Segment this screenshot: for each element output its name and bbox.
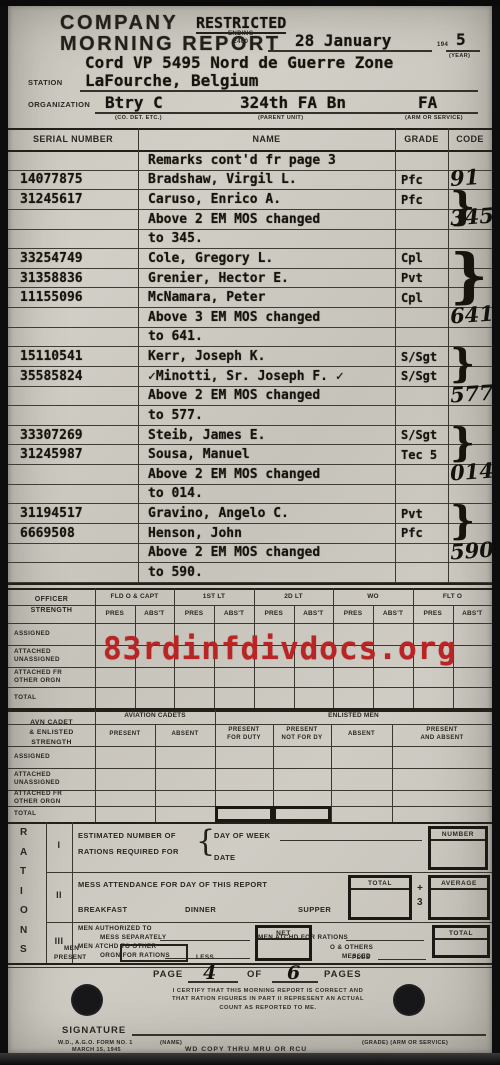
name-cell: Caruso, Enrico A. bbox=[138, 192, 395, 207]
scan-edge-bottom bbox=[0, 1053, 500, 1065]
name-cell: Sousa, Manuel bbox=[138, 447, 395, 462]
name-cell: Remarks cont'd fr page 3 bbox=[138, 153, 395, 168]
code-brace-handwritten: } bbox=[450, 424, 475, 463]
date-label: DATE bbox=[214, 853, 235, 862]
name-cell: Bradshaw, Virgil L. bbox=[138, 172, 395, 187]
divide-plus-sign: + bbox=[417, 883, 423, 894]
code-cell: 641 bbox=[448, 308, 492, 327]
serial-cell: 35585824 bbox=[8, 369, 138, 384]
pages-label: PAGES bbox=[324, 969, 362, 980]
officer-row-label: TOTAL bbox=[14, 694, 92, 702]
name-cell: Henson, John bbox=[138, 526, 395, 541]
org-sub-label-3: (ARM OR SERVICE) bbox=[405, 115, 463, 121]
men-present-box bbox=[120, 944, 188, 962]
year-prefix: 194 bbox=[437, 42, 448, 48]
copy-routing-line: WD COPY THRU MRU OR RCU bbox=[185, 1046, 307, 1053]
name-cell: Above 2 EM MOS changed bbox=[138, 467, 395, 482]
serial-cell: 31245617 bbox=[8, 192, 138, 207]
grid-line bbox=[8, 623, 492, 624]
name-cell: to 014. bbox=[138, 486, 395, 501]
enlisted-men-header: ENLISTED MEN bbox=[215, 712, 492, 719]
name-cell: to 641. bbox=[138, 329, 395, 344]
station-label: STATION bbox=[28, 78, 63, 87]
cadet-row-label: ASSIGNED bbox=[14, 753, 92, 761]
officer-subcol-header: PRES bbox=[174, 610, 214, 617]
col-header-code: CODE bbox=[448, 134, 492, 144]
grade-cell: S/Sgt bbox=[395, 428, 448, 442]
serial-cell: 14077875 bbox=[8, 172, 138, 187]
total-present-for-duty-box bbox=[215, 806, 273, 822]
grid-line bbox=[8, 768, 492, 769]
roster-row: 31245987Sousa, ManuelTec 5 bbox=[8, 445, 492, 465]
total-box-iii: TOTAL bbox=[432, 925, 490, 958]
grade-cell: Pvt bbox=[395, 507, 448, 521]
grade-cell: Tec 5 bbox=[395, 448, 448, 462]
year-caption: (YEAR) bbox=[449, 53, 470, 59]
roster-row: Above 2 EM MOS changed345 bbox=[8, 210, 492, 230]
cadet-row-label: ATTACHED FR OTHER ORGN bbox=[14, 790, 92, 806]
serial-cell: 11155096 bbox=[8, 290, 138, 305]
name-cell: to 345. bbox=[138, 231, 395, 246]
rations-letter: T bbox=[20, 866, 27, 877]
cadet-subcol-header: ABSENT bbox=[155, 731, 215, 739]
aviation-cadets-header: AVIATION CADETS bbox=[95, 712, 215, 719]
name-cell: ✓Minotti, Sr. Joseph F. ✓ bbox=[138, 369, 395, 384]
col-header-serial: SERIAL NUMBER bbox=[8, 134, 138, 144]
officer-row-label: ATTACHED UNASSIGNED bbox=[14, 648, 92, 664]
code-brace-handwritten: } bbox=[450, 345, 475, 384]
officer-subcol-header: ABS'T bbox=[373, 610, 413, 617]
mess-separately-label: MESS SEPARATELY bbox=[100, 934, 166, 941]
officer-row-label: ASSIGNED bbox=[14, 630, 92, 638]
name-caption: (NAME) bbox=[160, 1040, 182, 1046]
name-cell: Above 2 EM MOS changed bbox=[138, 545, 395, 560]
code-cell: 014 bbox=[448, 465, 492, 484]
roster-row: 6669508Henson, JohnPfc bbox=[8, 524, 492, 544]
roster-row: to 014. bbox=[8, 485, 492, 505]
serial-cell: 33254749 bbox=[8, 251, 138, 266]
number-box: NUMBER bbox=[428, 826, 488, 870]
roster-row: 11155096McNamara, PeterCpl bbox=[8, 288, 492, 308]
name-cell: Above 2 EM MOS changed bbox=[138, 388, 395, 403]
code-brace-handwritten: } bbox=[450, 502, 475, 541]
certification-text: I CERTIFY THAT THIS MORNING REPORT IS CO… bbox=[138, 987, 398, 1012]
divide-three: 3 bbox=[417, 897, 423, 908]
roster-row: Above 2 EM MOS changed014 bbox=[8, 465, 492, 485]
present-label: PRESENT bbox=[54, 954, 87, 961]
net-box: NET bbox=[255, 925, 312, 961]
org-arm-value: FA bbox=[418, 93, 437, 112]
roster-body: Remarks cont'd fr page 314077875Bradshaw… bbox=[8, 151, 492, 583]
breakfast-label: BREAKFAST bbox=[78, 905, 127, 914]
rations-numeral: II bbox=[46, 890, 72, 900]
grade-arm-caption: (GRADE) (ARM OR SERVICE) bbox=[362, 1040, 448, 1046]
roster-row: 35585824✓Minotti, Sr. Joseph F. ✓S/Sgt bbox=[8, 367, 492, 387]
org-parent-value: 324th FA Bn bbox=[240, 93, 346, 112]
dinner-label: DINNER bbox=[185, 905, 216, 914]
rations-letter: I bbox=[20, 886, 23, 897]
roster-row: Above 2 EM MOS changed590 bbox=[8, 544, 492, 564]
year-value: 5 bbox=[456, 30, 466, 49]
name-cell: Above 2 EM MOS changed bbox=[138, 212, 395, 227]
rations-letter: R bbox=[20, 827, 28, 838]
rations-s1-line1: ESTIMATED NUMBER OF bbox=[78, 831, 176, 840]
officer-group-header: 1ST LT bbox=[174, 593, 254, 600]
roster-row: Above 3 EM MOS changed641 bbox=[8, 308, 492, 328]
serial-cell: 15110541 bbox=[8, 349, 138, 364]
name-cell: Steib, James E. bbox=[138, 428, 395, 443]
officer-subcol-header: PRES bbox=[333, 610, 373, 617]
day-of-week-label: DAY OF WEEK bbox=[214, 831, 271, 840]
report-date-value: 28 January bbox=[295, 31, 391, 50]
station-value: LaFourche, Belgium bbox=[85, 71, 258, 90]
name-cell: McNamara, Peter bbox=[138, 290, 395, 305]
officer-subcol-header: ABS'T bbox=[214, 610, 254, 617]
scan-edge-top bbox=[0, 0, 500, 6]
total-box-ii: TOTAL bbox=[348, 875, 412, 920]
cadet-subcol-header: PRESENT NOT FOR DY bbox=[273, 727, 331, 743]
col-header-grade: GRADE bbox=[395, 134, 448, 144]
rations-brace-glyph: { bbox=[196, 824, 215, 859]
cadet-row-label: ATTACHED UNASSIGNED bbox=[14, 771, 92, 787]
rations-numeral: I bbox=[46, 840, 72, 850]
name-cell: Kerr, Joseph K. bbox=[138, 349, 395, 364]
serial-cell: 31358836 bbox=[8, 271, 138, 286]
roster-row: Above 2 EM MOS changed577 bbox=[8, 387, 492, 407]
roster-row: 31194517Gravino, Angelo C.Pvt bbox=[8, 504, 492, 524]
col-header-name: NAME bbox=[138, 134, 395, 144]
grid-line bbox=[95, 710, 96, 822]
officer-subcol-header: ABS'T bbox=[135, 610, 175, 617]
officer-group-header: FLD O & CAPT bbox=[95, 593, 174, 600]
officer-group-header: 2D LT bbox=[254, 593, 333, 600]
roster-row: 33307269Steib, James E.S/Sgt bbox=[8, 426, 492, 446]
code-brace-handwritten: } bbox=[450, 247, 488, 306]
organization-label: ORGANIZATION bbox=[28, 100, 90, 109]
grade-cell: Cpl bbox=[395, 291, 448, 305]
name-cell: Above 3 EM MOS changed bbox=[138, 310, 395, 325]
of-label: OF bbox=[247, 969, 262, 980]
officer-subcol-header: PRES bbox=[95, 610, 135, 617]
officer-strength-row-header: OFFICER STRENGTH bbox=[8, 595, 95, 616]
cadet-subcol-header: ABSENT bbox=[331, 731, 392, 739]
name-cell: Cole, Gregory L. bbox=[138, 251, 395, 266]
org-sub-label-1: (CO. DET. ETC.) bbox=[115, 115, 162, 121]
rations-letter: N bbox=[20, 925, 28, 936]
officer-subcol-header: ABS'T bbox=[294, 610, 334, 617]
total-box-iii-label: TOTAL bbox=[435, 928, 487, 940]
officer-group-header: WO bbox=[333, 593, 413, 600]
grade-cell: Pfc bbox=[395, 193, 448, 207]
org-sub-label-2: (PARENT UNIT) bbox=[258, 115, 303, 121]
men-authorized-label: MEN AUTHORIZED TO bbox=[78, 925, 152, 932]
roster-row: 14077875Bradshaw, Virgil L.Pfc91 bbox=[8, 171, 492, 191]
cadet-subcol-header: PRESENT FOR DUTY bbox=[215, 727, 273, 743]
rations-letter: S bbox=[20, 944, 27, 955]
officer-subcol-header: ABS'T bbox=[453, 610, 493, 617]
total-present-not-for-duty-box bbox=[273, 806, 331, 822]
org-unit-value: Btry C bbox=[105, 93, 163, 112]
less-label: LESS bbox=[196, 954, 214, 961]
roster-row: to 345. bbox=[8, 230, 492, 250]
coordinates-line: Cord VP 5495 Nord de Guerre Zone bbox=[85, 53, 393, 72]
morning-report-scan: COMPANY MORNING REPORT RESTRICTED ENDING… bbox=[0, 0, 500, 1065]
grade-cell: Pfc bbox=[395, 173, 448, 187]
number-box-label: NUMBER bbox=[431, 829, 485, 841]
grade-cell: S/Sgt bbox=[395, 350, 448, 364]
men-label: MEN bbox=[64, 945, 79, 952]
name-cell: to 590. bbox=[138, 565, 395, 580]
roster-row: to 577. bbox=[8, 406, 492, 426]
cadet-strength-row-header: AVN CADET & ENLISTED STRENGTH bbox=[8, 718, 95, 748]
roster-row: to 641. bbox=[8, 328, 492, 348]
roster-header-row: SERIAL NUMBER NAME GRADE CODE bbox=[8, 128, 492, 150]
serial-cell: 31194517 bbox=[8, 506, 138, 521]
code-cell bbox=[448, 563, 492, 582]
grid-line bbox=[8, 667, 492, 668]
grade-cell: Pvt bbox=[395, 271, 448, 285]
rations-letter: A bbox=[20, 847, 28, 858]
grid-line bbox=[8, 687, 492, 688]
page-label: PAGE bbox=[153, 969, 183, 980]
roster-row: Remarks cont'd fr page 3 bbox=[8, 151, 492, 171]
grade-cell: S/Sgt bbox=[395, 369, 448, 383]
cadet-subcol-header: PRESENT AND ABSENT bbox=[392, 727, 492, 743]
roster-row: to 590. bbox=[8, 563, 492, 583]
average-box-label: AVERAGE bbox=[431, 878, 487, 890]
signature-label: SIGNATURE bbox=[62, 1025, 126, 1036]
mess-attendance-label: MESS ATTENDANCE FOR DAY OF THIS REPORT bbox=[78, 880, 267, 889]
serial-cell: 6669508 bbox=[8, 526, 138, 541]
officer-row-label: ATTACHED FR OTHER ORGN bbox=[14, 669, 92, 685]
total-box-ii-label: TOTAL bbox=[351, 878, 409, 890]
ending-2400-label: ENDING2400 bbox=[228, 31, 254, 47]
q-others-label: O & OTHERS bbox=[330, 944, 373, 951]
officer-group-header: FLT O bbox=[413, 593, 492, 600]
code-cell: 577 bbox=[448, 387, 492, 406]
rations-s1-line2: RATIONS REQUIRED FOR bbox=[78, 847, 179, 856]
net-box-label: NET bbox=[258, 928, 309, 940]
form-number: W.D., A.G.O. FORM NO. 1 bbox=[58, 1040, 133, 1046]
officer-subcol-header: PRES bbox=[254, 610, 294, 617]
watermark-text: 83rdinfdivdocs.org bbox=[103, 631, 457, 667]
punch-hole-left bbox=[71, 984, 103, 1016]
name-cell: Gravino, Angelo C. bbox=[138, 506, 395, 521]
roster-row: 31245617Caruso, Enrico A.Pfc bbox=[8, 190, 492, 210]
serial-cell: 33307269 bbox=[8, 428, 138, 443]
roster-row: 15110541Kerr, Joseph K.S/Sgt bbox=[8, 347, 492, 367]
name-cell: to 577. bbox=[138, 408, 395, 423]
cadet-row-label: TOTAL bbox=[14, 810, 92, 818]
officer-subcol-header: PRES bbox=[413, 610, 453, 617]
average-box: AVERAGE bbox=[428, 875, 490, 920]
serial-cell: 31245987 bbox=[8, 447, 138, 462]
plus-label: PLUS bbox=[352, 954, 370, 961]
name-cell: Grenier, Hector E. bbox=[138, 271, 395, 286]
code-cell: 590 bbox=[448, 544, 492, 563]
roster-row: 33254749Cole, Gregory L.Cpl bbox=[8, 249, 492, 269]
grade-cell: Cpl bbox=[395, 251, 448, 265]
rations-letter: O bbox=[20, 905, 28, 916]
punch-hole-right bbox=[393, 984, 425, 1016]
cadet-subcol-header: PRESENT bbox=[95, 731, 155, 739]
grid-line bbox=[95, 588, 96, 708]
form-title-line1: COMPANY bbox=[60, 12, 178, 35]
roster-row: 31358836Grenier, Hector E.Pvt bbox=[8, 269, 492, 289]
grid-line bbox=[8, 588, 492, 590]
supper-label: SUPPER bbox=[298, 905, 331, 914]
code-brace-handwritten: } bbox=[450, 188, 475, 227]
grade-cell: Pfc bbox=[395, 526, 448, 540]
